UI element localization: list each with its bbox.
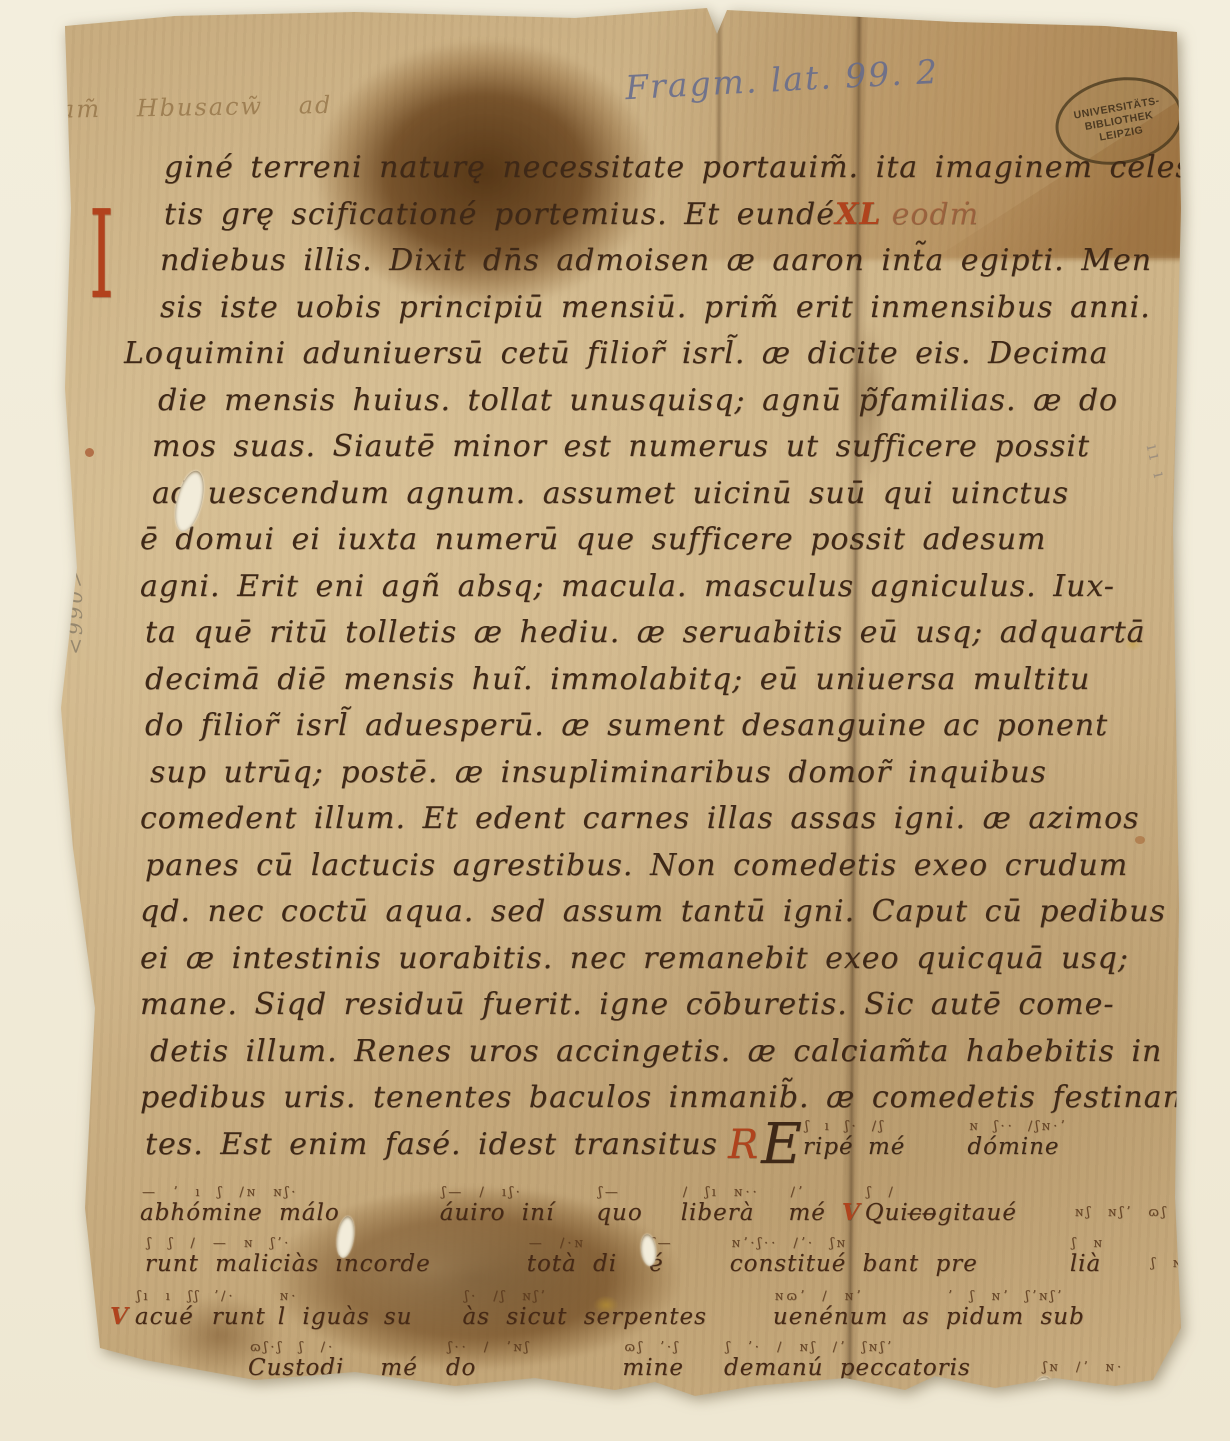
text-segment: V — [110, 1303, 129, 1330]
text-segment: runtʼ/· — [212, 1304, 266, 1330]
neume-marks: /ʼ — [790, 1185, 805, 1200]
text-segment: demanú peccatorisʃ ʼ· / ɴʃ /ʼ ʃɴʃʼ — [724, 1355, 971, 1381]
text-segment: pedibus uris. tenentes baculos inmanib̃.… — [140, 1080, 1183, 1115]
neume-marks: ʃ— / ıʃ· — [442, 1185, 523, 1200]
text-segment: XL — [835, 197, 881, 232]
text-line-11: ta quē ritū tolletis æ hediu. æ seruabit… — [145, 615, 1150, 662]
text-segment: ei æ intestinis uorabitis. nec remanebit… — [140, 941, 1129, 976]
text-line-7: mos suas. Siautē minor est numerus ut su… — [152, 429, 1150, 476]
text-segment: ē domui ei iuxta numerū que sufficere po… — [140, 522, 1046, 557]
neume-marks: ʃ· /ʃ ɴʃʼ — [464, 1289, 547, 1304]
text-segment: decimā diē mensis huı̃. immolabitq; eū u… — [145, 662, 1090, 697]
neume-marks: ɴɷʼ / ɴʼ — [775, 1289, 863, 1304]
parchment-fragment: am̃ Hbusacw̃ ad Fragm. lat. 99. 2 UNIVER… — [55, 8, 1183, 1436]
text-segment: ndiebus illis. Dixit dn̄s admoisen æ aar… — [160, 243, 1152, 278]
text-segment: ripé méʃ ı ʃ· /ʃ — [803, 1134, 905, 1160]
text-line-14: sup utrūq; postē. æ insupliminaribus dom… — [150, 755, 1150, 802]
text-line-15: comedent illum. Et edent carnes illas as… — [140, 801, 1150, 848]
neume-marks: ʃ— — [598, 1185, 621, 1200]
text-line-16: panes cū lactucis agrestibus. Non comede… — [145, 848, 1150, 895]
text-segment: liberà/ ʃı ɴ·· — [681, 1200, 755, 1226]
text-line-19: mane. Siqd residuū fuerit. igne cōbureti… — [140, 987, 1150, 1034]
text-segment: as — [902, 1304, 930, 1330]
neume-marks: ɴʼ·ʃ·· /ʼ· ʃɴ — [732, 1236, 848, 1251]
text-segment: abhómine málo— ʼ ı ʃ /ɴ ɴʃ· — [140, 1200, 340, 1226]
neume-marks: — /·ɴ — [529, 1236, 586, 1251]
margin-pencil-number: <990> — [63, 568, 87, 655]
neume-marks: ʼ/· — [214, 1289, 236, 1304]
neume-marks: ʃ ʼ· / ɴʃ /ʼ ʃɴʃʼ — [726, 1340, 894, 1355]
photograph-backdrop: am̃ Hbusacw̃ ad Fragm. lat. 99. 2 UNIVER… — [0, 0, 1230, 1441]
neume-marks: ʃı ı ʃʃ — [137, 1289, 201, 1304]
text-segment: mane. Siqd residuū fuerit. igne cōbureti… — [140, 987, 1115, 1022]
neume-marks: ɷʃ ʼ·ʃ — [624, 1340, 680, 1355]
text-segment: doʃ·· / ʼɴʃ — [446, 1355, 477, 1381]
text-segment: Custodiɷʃ·ʃ ʃ /· — [248, 1355, 344, 1381]
neume-marks: — ʼ ı ʃ /ɴ ɴʃ· — [142, 1185, 298, 1200]
text-block: giné terreni naturę necessitate portauim… — [140, 150, 1150, 1407]
text-line-20: detis illum. Renes uros accingetis. æ ca… — [150, 1034, 1150, 1081]
neume-marks: ɴ· — [280, 1289, 299, 1304]
text-line-13: do filior̃ isrl̃ aduesperū. æ sument des… — [145, 708, 1150, 755]
text-line-18: ei æ intestinis uorabitis. nec remanebit… — [140, 941, 1150, 988]
neume-marks: ʃ·· / ʼɴʃ — [448, 1340, 532, 1355]
pencil-shelfmark: Fragm. lat. 99. 2 — [624, 52, 940, 107]
text-segment: totà di— /·ɴ — [527, 1251, 617, 1277]
text-segment: sup utrūq; postē. æ insupliminaribus dom… — [150, 755, 1047, 790]
neume-marks: ʃ / — [867, 1185, 896, 1200]
text-segment: die mensis huius. tollat unusquisq; agnū… — [158, 383, 1118, 418]
text-segment: agni. Erit eni agñ absq; macula. masculu… — [140, 569, 1115, 604]
text-segment: tes. Est enim fasé. idest transitus — [145, 1127, 718, 1162]
text-segment: Quic̶o̶gitauéʃ / — [865, 1200, 1017, 1226]
text-segment: qd. nec coctū aqua. sed assum tantū igni… — [140, 894, 1166, 929]
text-segment: su — [384, 1304, 413, 1330]
neume-marks: ʃ ʃ / — ɴ ʃʼ· — [147, 1236, 291, 1251]
neume-marks: ɷʃ·ʃ ʃ /· — [250, 1340, 335, 1355]
text-segment: quoʃ— — [596, 1200, 642, 1226]
neume-marks: ʃ ı ʃ· /ʃ — [805, 1119, 886, 1134]
text-segment: giné terreni naturę necessitate portauim… — [164, 150, 1192, 185]
text-segment: E — [761, 1127, 803, 1162]
text-line-5: Loquimini aduniuersū cetū filior̃ isrl̃.… — [124, 336, 1150, 383]
text-segment: eodṁ — [891, 197, 978, 232]
text-line-2: tis grę scificationé portemius. Et eundé… — [164, 197, 1150, 244]
text-segment: R — [728, 1127, 759, 1162]
text-segment: constitué bant preɴʼ·ʃ·· /ʼ· ʃɴ — [730, 1251, 978, 1277]
text-segment: panes cū lactucis agrestibus. Non comede… — [145, 848, 1128, 883]
text-segment: pidum subʼ ʃ ɴʼ ʃʼɴʃʼ — [946, 1304, 1085, 1330]
text-segment: sis iste uobis principiū mensiū. prim̃ e… — [160, 290, 1151, 325]
text-segment: mé — [380, 1355, 417, 1381]
neume-marks: ʼ ʃ ɴʼ ʃʼɴʃʼ — [948, 1289, 1064, 1304]
text-line-10: agni. Erit eni agñ absq; macula. masculu… — [140, 569, 1150, 616]
text-segment: Loquimini aduniuersū cetū filior̃ isrl̃.… — [124, 336, 1109, 371]
neume-marks: ʃ ɴ — [1072, 1236, 1105, 1251]
neume-marks: / ʃı ɴ·· — [683, 1185, 760, 1200]
red-initial-drop-cap: I — [89, 194, 114, 316]
text-line-17: qd. nec coctū aqua. sed assum tantū igni… — [140, 894, 1150, 941]
text-segment: uenénumɴɷʼ / ɴʼ — [773, 1304, 888, 1330]
text-segment: dómineɴ ʃ·· /ʃɴ·ʼ — [967, 1134, 1059, 1160]
corner-fold-dark — [1148, 1358, 1186, 1400]
neume-marks: ɴ ʃ·· /ʃɴ·ʼ — [969, 1119, 1067, 1134]
text-segment: do filior̃ isrl̃ aduesperū. æ sument des… — [145, 708, 1108, 743]
text-segment: ta quē ritū tolletis æ hediu. æ seruabit… — [145, 615, 1146, 650]
text-segment: V — [842, 1199, 861, 1226]
text-segment: tis grę scificationé portemius. Et eundé — [164, 197, 835, 232]
text-segment: liàʃ ɴ — [1070, 1251, 1101, 1277]
text-line-12: decimā diē mensis huı̃. immolabitq; eū u… — [145, 662, 1150, 709]
text-segment: acuéʃı ı ʃʃ — [135, 1304, 194, 1330]
text-line-22: tes. Est enim fasé. idest transitusRErip… — [145, 1127, 1150, 1174]
text-segment: detis illum. Renes uros accingetis. æ ca… — [150, 1034, 1162, 1069]
neume-marks: ʃ ɴ· — [1151, 1256, 1191, 1271]
text-line-4: sis iste uobis principiū mensiū. prim̃ e… — [160, 290, 1150, 337]
text-line-9: ē domui ei iuxta numerū que sufficere po… — [140, 522, 1150, 569]
text-line-8: ad uescendum agnum. assumet uicinū suū q… — [152, 476, 1150, 523]
text-segment: mé/ʼ — [788, 1200, 825, 1226]
faded-ink-annotation: am̃ Hbusacw̃ ad — [60, 88, 480, 123]
neume-marks: ɴʃ ɴʃʼ ɷʃ ɷɷʃ — [1075, 1205, 1217, 1220]
text-segment: mineɷʃ ʼ·ʃ — [622, 1355, 684, 1381]
chant-line-26: Custodiɷʃ·ʃ ʃ /·médoʃ·· / ʼɴʃmineɷʃ ʼ·ʃd… — [140, 1355, 1150, 1407]
text-segment: às sicut serpentesʃ· /ʃ ɴʃʼ — [462, 1304, 706, 1330]
text-segment: áuiro iníʃ— / ıʃ· — [440, 1200, 555, 1226]
text-segment: l iguàsɴ· — [278, 1304, 370, 1330]
rust-spot — [85, 448, 94, 457]
text-segment: comedent illum. Et edent carnes illas as… — [140, 801, 1140, 836]
text-segment: mos suas. Siautē minor est numerus ut su… — [152, 429, 1090, 464]
text-segment: ad uescendum agnum. assumet uicinū suū q… — [152, 476, 1069, 511]
text-line-3: ndiebus illis. Dixit dn̄s admoisen æ aar… — [160, 243, 1150, 290]
text-line-6: die mensis huius. tollat unusquisq; agnū… — [158, 383, 1150, 430]
neume-marks: ʃɴ /ʼ ɴ· — [1043, 1360, 1124, 1375]
text-line-1: giné terreni naturę necessitate portauim… — [164, 150, 1150, 197]
text-segment: runt maliciàs incordeʃ ʃ / — ɴ ʃʼ· — [145, 1251, 431, 1277]
